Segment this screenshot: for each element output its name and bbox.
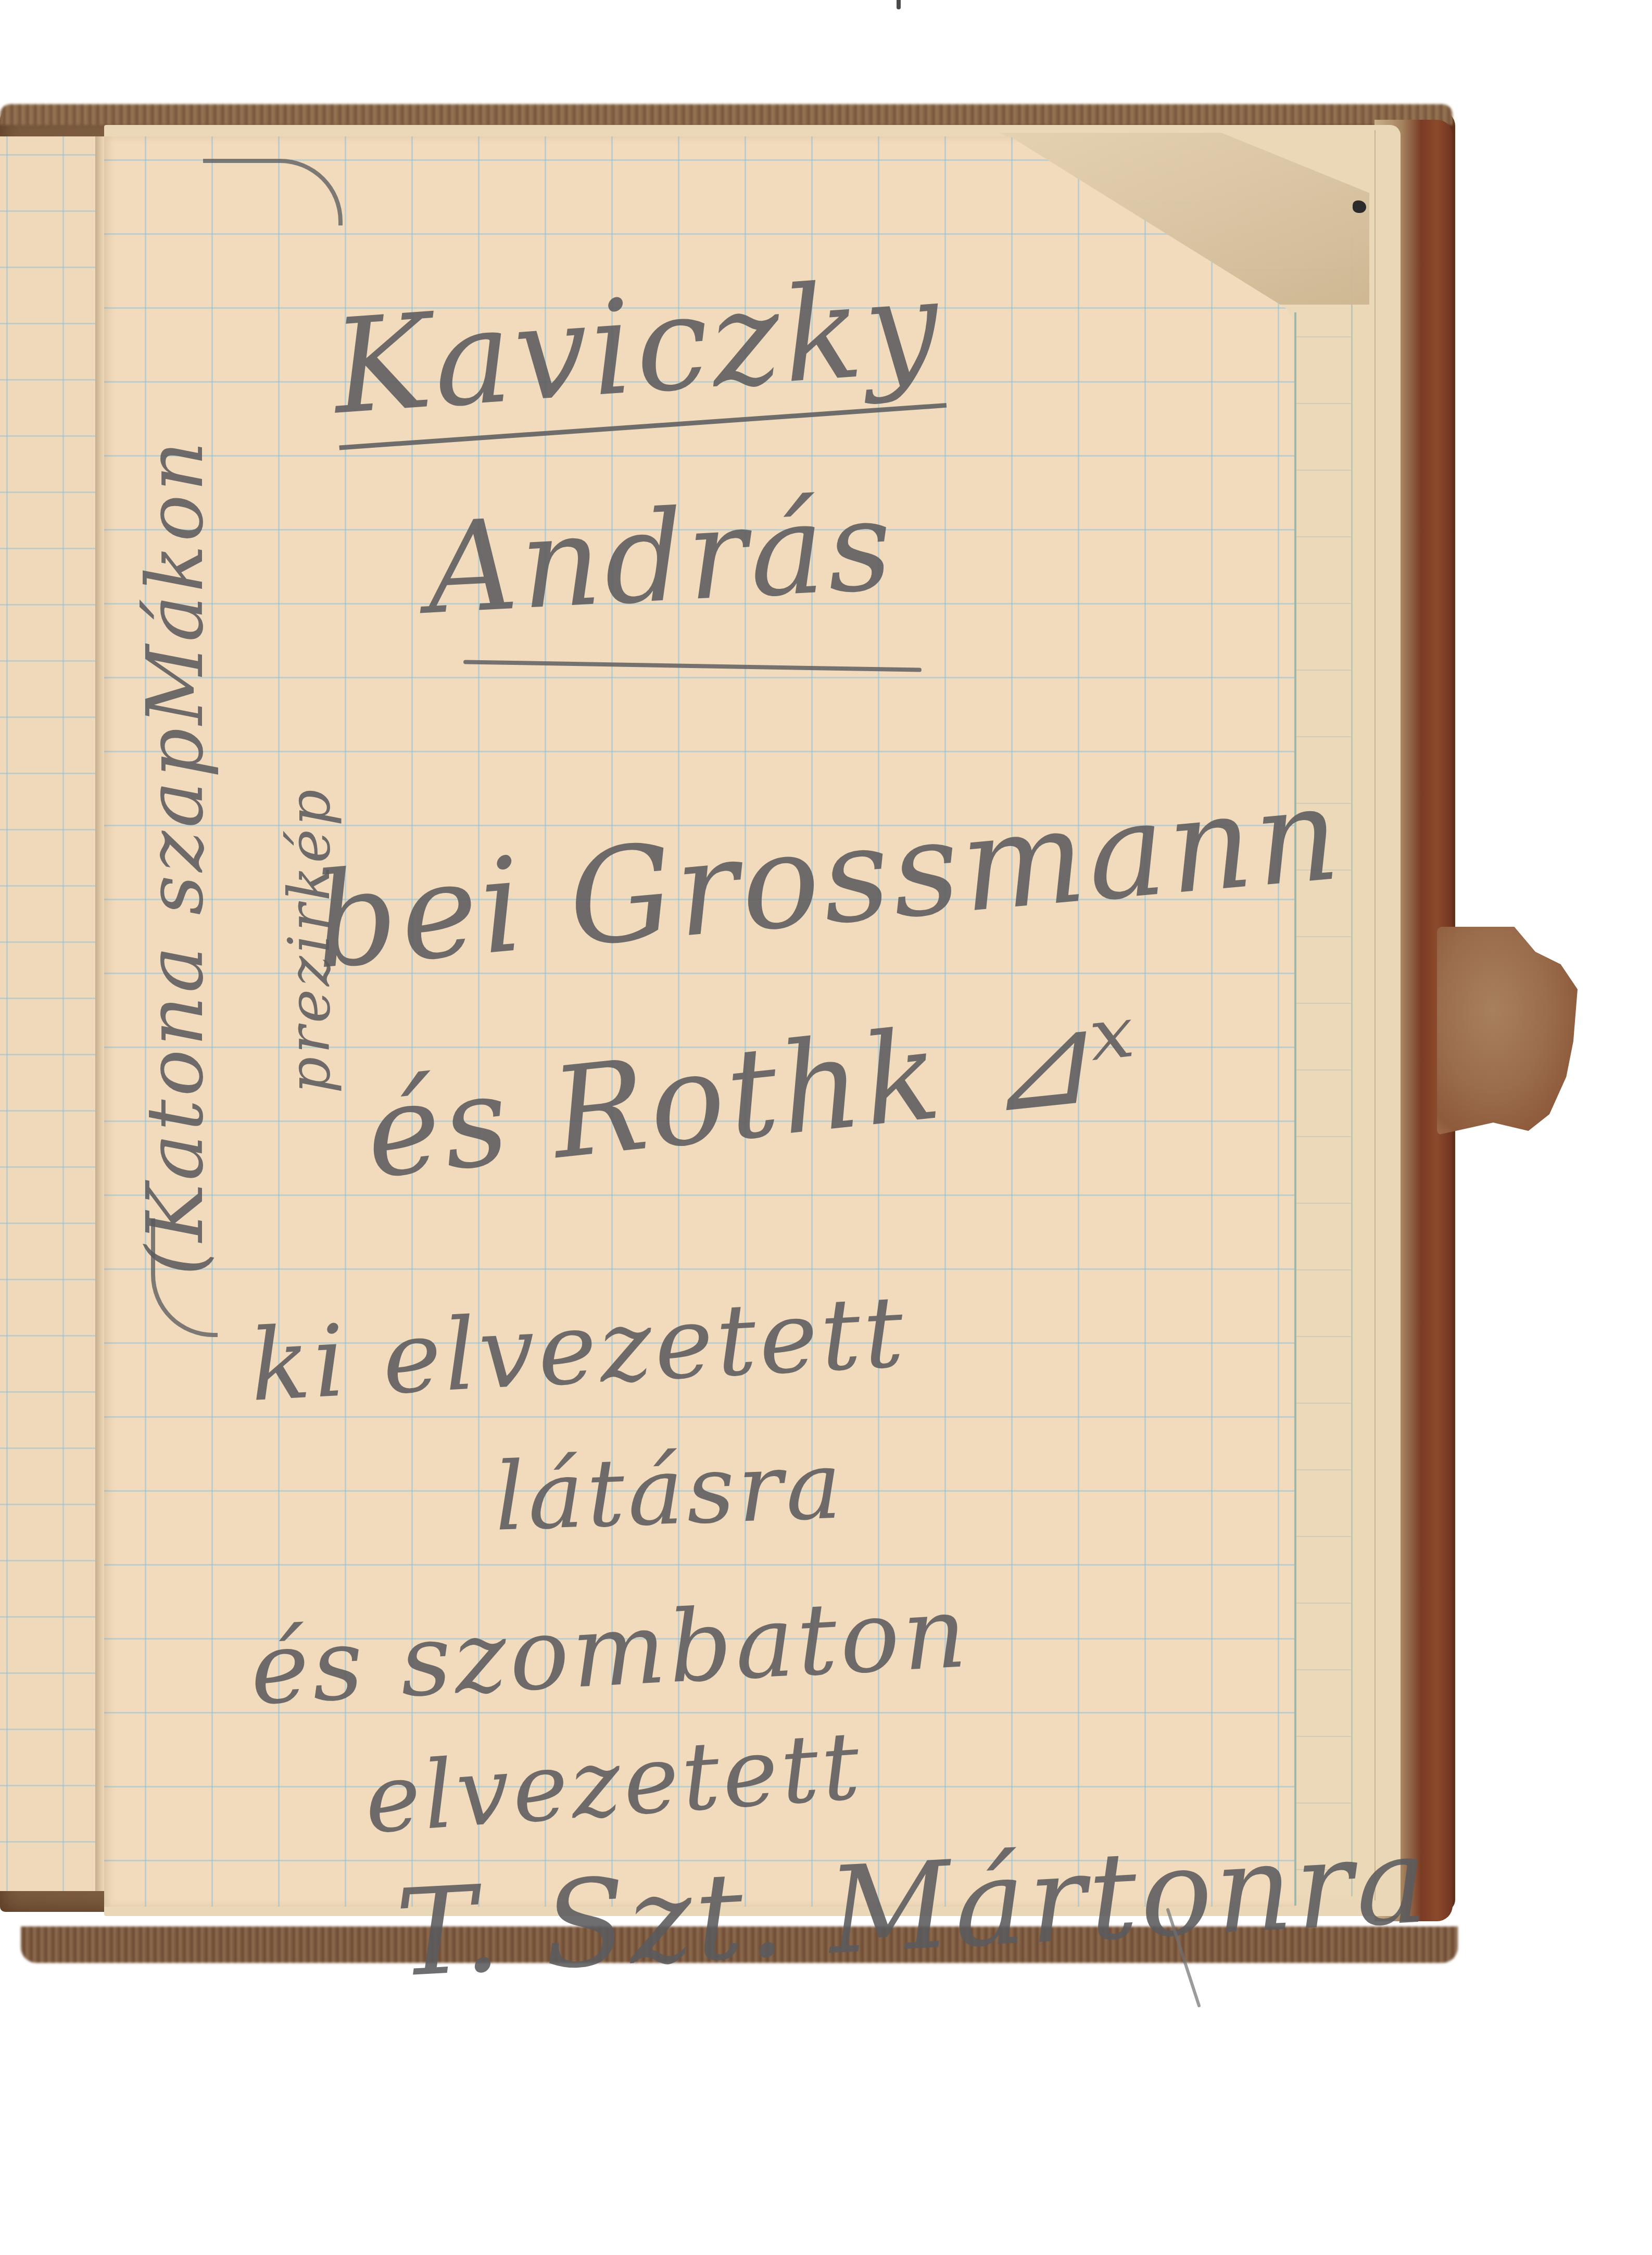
stray-mark (897, 0, 901, 9)
latasra-text: látásra (493, 1431, 847, 1552)
corner-hole (1353, 200, 1366, 213)
margin-note-line-1: (Katona szapMákon (130, 438, 221, 1276)
symbol-mark: ⊿ˣ (977, 980, 1146, 1142)
page-edge (1294, 312, 1296, 1906)
given-name-text: András (423, 472, 898, 643)
clasp-tab (1437, 927, 1578, 1135)
left-page (0, 136, 99, 1891)
gutter (95, 136, 105, 1891)
cover-top-edge (0, 104, 1453, 125)
